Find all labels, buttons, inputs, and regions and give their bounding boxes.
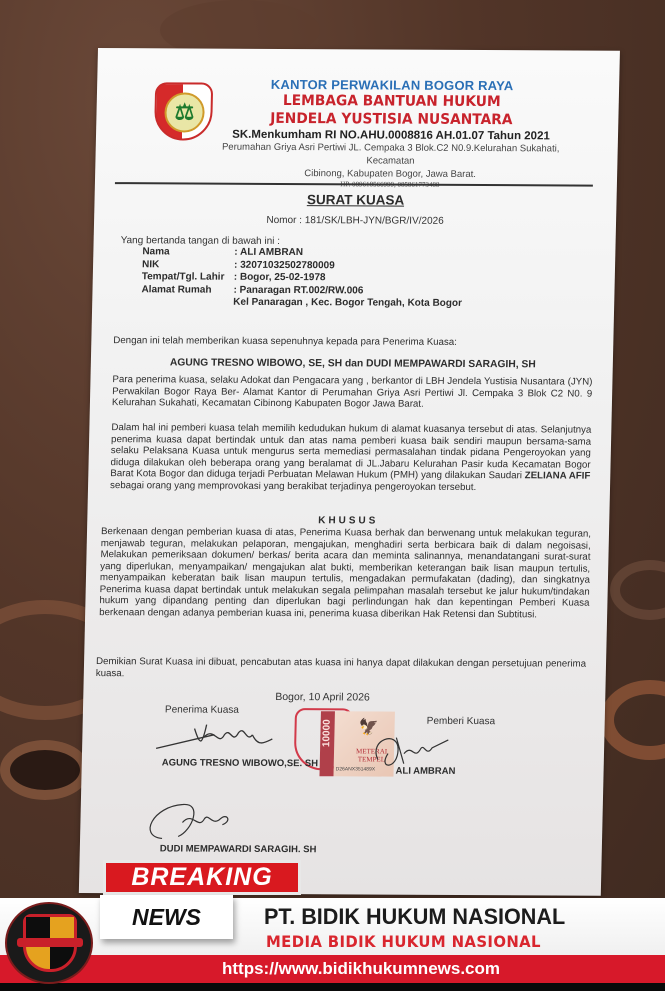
label-recipient: Penerima Kuasa <box>165 704 239 715</box>
website-url[interactable]: https://www.bidikhukumnews.com <box>222 959 500 979</box>
letterhead-address-1: Perumahan Griya Asri Pertiwi JL. Cempaka… <box>200 141 581 169</box>
field-value: Kel Panaragan , Kec. Bogor Tengah, Kota … <box>233 297 462 311</box>
letterhead-org-line2: JENDELA YUSTISIA NUSANTARA <box>211 110 572 130</box>
field-value: : Bogor, 25-02-1978 <box>234 272 463 286</box>
field-label: Alamat Rumah <box>141 284 233 297</box>
letterhead-org-line1: LEMBAGA BANTUAN HUKUM <box>211 92 572 112</box>
paragraph-text: sebagai orang yang memprovokasi yang ber… <box>110 480 476 493</box>
news-label: NEWS <box>100 895 233 939</box>
signer-recipient-1: AGUNG TRESNO WIBOWO,SE. SH <box>162 757 318 769</box>
signer-recipient-2: DUDI MEMPAWARDI SARAGIH. SH <box>160 843 317 855</box>
field-label <box>141 296 233 309</box>
identity-row: Kel Panaragan , Kec. Bogor Tengah, Kota … <box>141 296 462 310</box>
field-label: NIK <box>142 259 234 272</box>
signature-recipient-1 <box>154 716 295 757</box>
paragraph-special-powers: Berkenaan dengan pemberian kuasa di atas… <box>99 526 591 621</box>
carved-wood-ornament <box>600 680 665 760</box>
field-value: : 32071032502780009 <box>234 259 463 273</box>
banner-bottom-bar <box>0 983 665 991</box>
document-title-text: SURAT KUASA <box>307 192 405 208</box>
paragraph-text: Dalam hal ini pemberi kuasa telah memili… <box>110 422 591 481</box>
identity-row: Alamat Rumah: Panaragan RT.002/RW.006 <box>141 284 462 298</box>
media-name: MEDIA BIDIK HUKUM NASIONAL <box>266 932 541 951</box>
signature-recipient-2 <box>142 800 253 846</box>
accused-name: ZELIANA AFIF <box>525 470 591 481</box>
document-number: Nomor : 181/SK/LBH-JYN/BGR/IV/2026 <box>94 214 616 228</box>
field-value: : Panaragan RT.002/RW.006 <box>233 284 462 298</box>
field-value: : ALI AMBRAN <box>234 247 463 261</box>
label-grantor: Pemberi Kuasa <box>427 716 496 727</box>
paragraph-domicile: Dalam hal ini pemberi kuasa telah memili… <box>110 422 592 494</box>
paragraph-closing: Demikian Surat Kuasa ini dibuat, pencabu… <box>96 656 586 682</box>
breaking-label: BREAKING <box>103 860 301 895</box>
company-name: PT. BIDIK HUKUM NASIONAL <box>264 904 565 930</box>
recipients-names: AGUNG TRESNO WIBOWO, SE, SH dan DUDI MEM… <box>113 357 593 371</box>
scales-of-justice-icon: ⚖ <box>164 92 205 132</box>
field-label: Tempat/Tgl. Lahir <box>142 271 234 284</box>
field-label: Nama <box>142 246 234 259</box>
signer-grantor: ALI AMBRAN <box>395 766 455 777</box>
document-paper: ⚖ KANTOR PERWAKILAN BOGOR RAYA LEMBAGA B… <box>79 48 620 896</box>
logo-label <box>17 938 83 947</box>
identity-row: Tempat/Tgl. Lahir: Bogor, 25-02-1978 <box>142 271 463 285</box>
paragraph-recipients: Para penerima kuasa, selaku Adokat dan P… <box>112 374 593 411</box>
carved-wood-ornament <box>610 560 665 620</box>
stamp-value: 10000 <box>321 719 333 747</box>
letterhead: KANTOR PERWAKILAN BOGOR RAYA LEMBAGA BAN… <box>200 77 582 190</box>
shield-logo-icon <box>5 902 93 984</box>
intro-text: Yang bertanda tangan di bawah ini : <box>121 235 281 247</box>
carved-wood-ornament <box>0 740 90 800</box>
place-date: Bogor, 10 April 2026 <box>275 691 370 703</box>
banner-url-strip: https://www.bidikhukumnews.com <box>0 955 665 983</box>
paragraph-grant: Dengan ini telah memberikan kuasa sepenu… <box>113 335 593 349</box>
document-title: SURAT KUASA <box>94 191 616 209</box>
grantor-identity-table: Nama: ALI AMBRAN NIK: 32071032502780009 … <box>141 246 463 310</box>
